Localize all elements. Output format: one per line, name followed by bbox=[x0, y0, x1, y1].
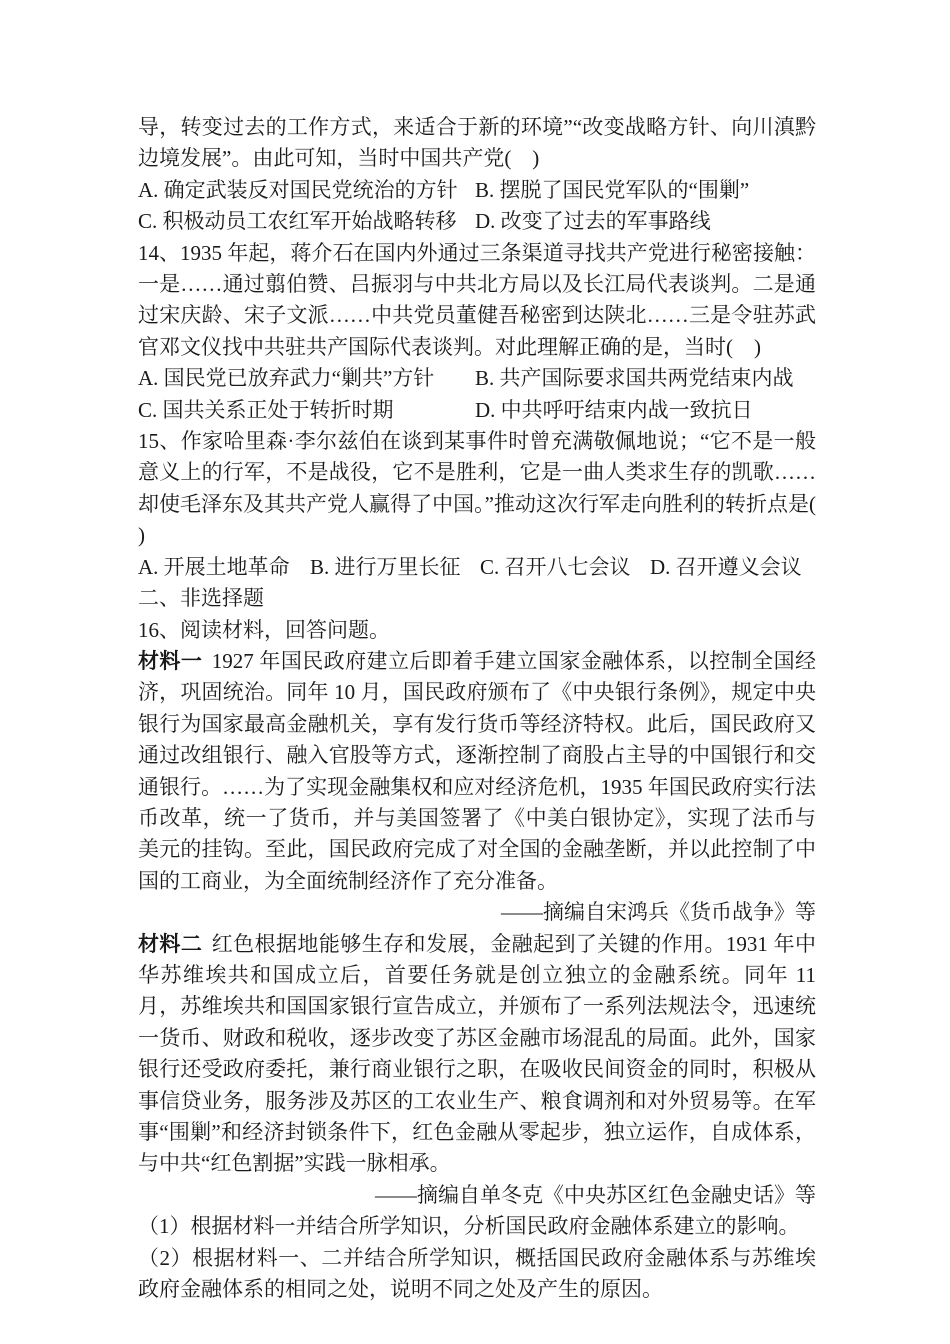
material2-label: 材料二 bbox=[138, 932, 202, 956]
material2-paragraph: 材料二红色根据地能够生存和发展，金融起到了关键的作用。1931 年中华苏维埃共和… bbox=[138, 929, 816, 1180]
q14-stem: 14、1935 年起，蒋介石在国内外通过三条渠道寻找共产党进行秘密接触：一是……… bbox=[138, 238, 816, 364]
q13-options-row-ab: A. 确定武装反对国民党统治的方针 B. 摆脱了国民党军队的“围剿” bbox=[138, 175, 816, 206]
q14-options-row-cd: C. 国共关系正处于转折时期 D. 中共呼吁结束内战一致抗日 bbox=[138, 395, 816, 426]
q15-option-b: B. 进行万里长征 bbox=[310, 552, 480, 583]
q14-option-b: B. 共产国际要求国共两党结束内战 bbox=[475, 363, 816, 394]
q14-option-c: C. 国共关系正处于转折时期 bbox=[138, 395, 475, 426]
q14-option-d: D. 中共呼吁结束内战一致抗日 bbox=[475, 395, 816, 426]
exam-document-page: 导，转变过去的工作方式，来适合于新的环境”“改变战略方针、向川滇黔边境发展”。由… bbox=[0, 0, 950, 1344]
q15-option-c: C. 召开八七会议 bbox=[480, 552, 650, 583]
q13-option-c: C. 积极动员工农红军开始战略转移 bbox=[138, 206, 475, 237]
q13-option-b: B. 摆脱了国民党军队的“围剿” bbox=[475, 175, 816, 206]
material2-text: 红色根据地能够生存和发展，金融起到了关键的作用。1931 年中华苏维埃共和国成立… bbox=[138, 932, 821, 1176]
section-heading: 二、非选择题 bbox=[138, 583, 816, 614]
q15-stem: 15、作家哈里森·李尔兹伯在谈到某事件时曾充满敬佩地说；“它不是一般意义上的行军… bbox=[138, 426, 816, 552]
q13-stem: 导，转变过去的工作方式，来适合于新的环境”“改变战略方针、向川滇黔边境发展”。由… bbox=[138, 112, 816, 175]
q13-options-row-cd: C. 积极动员工农红军开始战略转移 D. 改变了过去的军事路线 bbox=[138, 206, 816, 237]
q14-options-row-ab: A. 国民党已放弃武力“剿共”方针 B. 共产国际要求国共两党结束内战 bbox=[138, 363, 816, 394]
q16-sub-question-1: （1）根据材料一并结合所学知识，分析国民政府金融体系建立的影响。 bbox=[138, 1211, 816, 1242]
material1-source: ——摘编自宋鸿兵《货币战争》等 bbox=[138, 897, 816, 928]
q14-option-a: A. 国民党已放弃武力“剿共”方针 bbox=[138, 363, 475, 394]
q15-options-row: A. 开展土地革命 B. 进行万里长征 C. 召开八七会议 D. 召开遵义会议 bbox=[138, 552, 816, 583]
material1-paragraph: 材料一1927 年国民政府建立后即着手建立国家金融体系，以控制全国经济，巩固统治… bbox=[138, 646, 816, 897]
q13-option-a: A. 确定武装反对国民党统治的方针 bbox=[138, 175, 475, 206]
material1-text: 1927 年国民政府建立后即着手建立国家金融体系，以控制全国经济，巩固统治。同年… bbox=[138, 649, 816, 893]
page-content: 导，转变过去的工作方式，来适合于新的环境”“改变战略方针、向川滇黔边境发展”。由… bbox=[138, 112, 816, 1305]
q15-option-d: D. 召开遵义会议 bbox=[650, 552, 816, 583]
q13-option-d: D. 改变了过去的军事路线 bbox=[475, 206, 816, 237]
q16-sub-question-2: （2）根据材料一、二并结合所学知识，概括国民政府金融体系与苏维埃政府金融体系的相… bbox=[138, 1243, 816, 1306]
q16-intro: 16、阅读材料，回答问题。 bbox=[138, 615, 816, 646]
material1-label: 材料一 bbox=[138, 649, 202, 673]
material2-source: ——摘编自单冬克《中央苏区红色金融史话》等 bbox=[138, 1180, 816, 1211]
q15-option-a: A. 开展土地革命 bbox=[138, 552, 310, 583]
